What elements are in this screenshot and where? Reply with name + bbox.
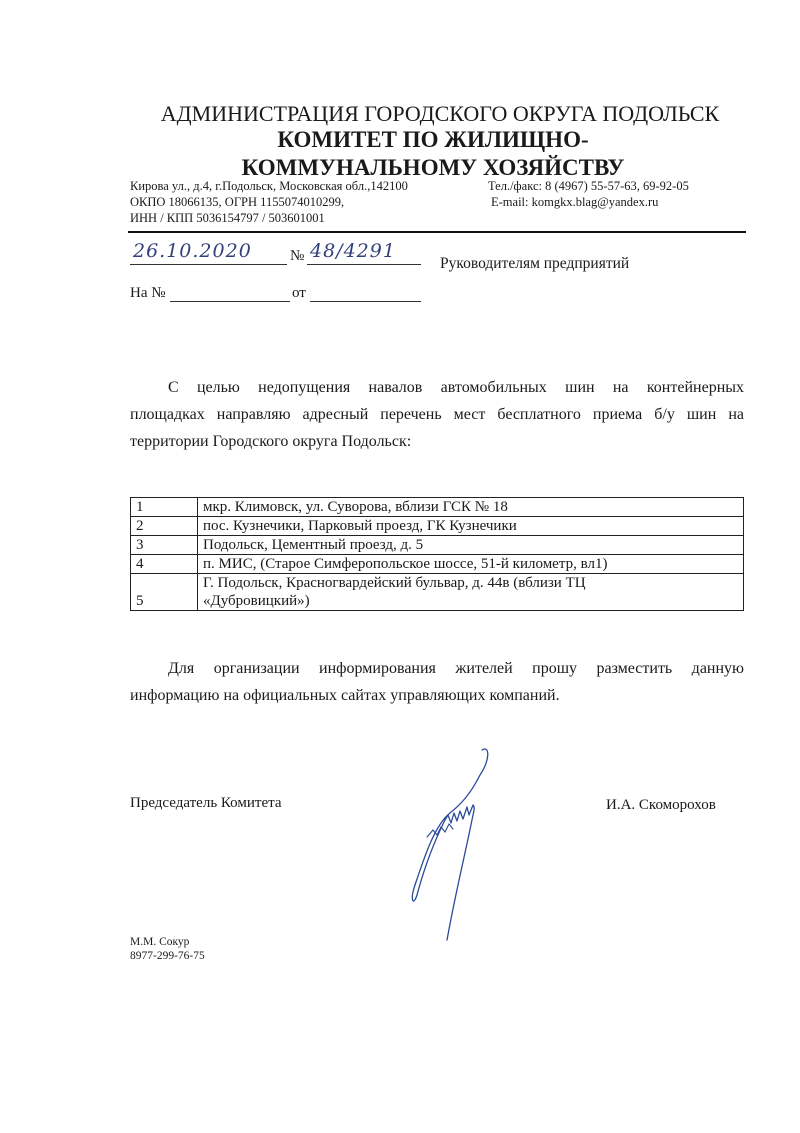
row-number: 1 bbox=[131, 498, 198, 517]
reply-to-underline bbox=[170, 301, 290, 302]
executor: М.М. Сокур 8977-299-76-75 bbox=[130, 935, 205, 963]
handwritten-signature-icon bbox=[395, 745, 505, 945]
inn-kpp: ИНН / КПП 5036154797 / 503601001 bbox=[130, 210, 408, 226]
number-label: № bbox=[290, 248, 304, 265]
email: E-mail: komgkx.blag@yandex.ru bbox=[488, 194, 689, 210]
row-address: пос. Кузнечики, Парковый проезд, ГК Кузн… bbox=[198, 517, 744, 536]
closing-line-2: информацию на официальных сайтах управля… bbox=[130, 682, 744, 709]
row-number: 2 bbox=[131, 517, 198, 536]
row-address: Подольск, Цементный проезд, д. 5 bbox=[198, 536, 744, 555]
okpo-ogrn: ОКПО 18066135, ОГРН 1155074010299, bbox=[130, 194, 408, 210]
number-underline bbox=[307, 264, 421, 265]
row-address-line2: «Дубровицкий») bbox=[203, 592, 738, 610]
executor-phone: 8977-299-76-75 bbox=[130, 949, 205, 963]
row-address: мкр. Климовск, ул. Суворова, вблизи ГСК … bbox=[198, 498, 744, 517]
intro-line-3: территории Городского округа Подольск: bbox=[130, 428, 744, 455]
from-underline bbox=[310, 301, 421, 302]
document-number: 48/4291 bbox=[310, 240, 396, 262]
administration-title: АДМИНИСТРАЦИЯ ГОРОДСКОГО ОКРУГА ПОДОЛЬСК bbox=[0, 101, 800, 127]
table-row: 1 мкр. Климовск, ул. Суворова, вблизи ГС… bbox=[131, 498, 744, 517]
addressee: Руководителям предприятий bbox=[440, 255, 629, 273]
from-label: от bbox=[292, 285, 306, 302]
reply-to-label: На № bbox=[130, 285, 166, 302]
table-row: 4 п. МИС, (Старое Симферопольское шоссе,… bbox=[131, 555, 744, 574]
table-row: 3 Подольск, Цементный проезд, д. 5 bbox=[131, 536, 744, 555]
committee-title: КОМИТЕТ ПО ЖИЛИЩНО- КОММУНАЛЬНОМУ ХОЗЯЙС… bbox=[0, 126, 800, 182]
intro-paragraph: С целью недопущения навалов автомобильны… bbox=[130, 374, 744, 455]
locations-table: 1 мкр. Климовск, ул. Суворова, вблизи ГС… bbox=[130, 497, 744, 611]
phone: Тел./факс: 8 (4967) 55-57-63, 69-92-05 bbox=[488, 178, 689, 194]
executor-name: М.М. Сокур bbox=[130, 935, 205, 949]
header-divider bbox=[128, 231, 746, 233]
closing-paragraph: Для организации информирования жителей п… bbox=[130, 655, 744, 709]
closing-line-1: Для организации информирования жителей п… bbox=[130, 655, 744, 682]
document-date: 26.10.2020 bbox=[133, 240, 252, 262]
signatory-position: Председатель Комитета bbox=[130, 795, 282, 812]
row-address-line1: Г. Подольск, Красногвардейский бульвар, … bbox=[203, 574, 738, 592]
requisites-left: Кирова ул., д.4, г.Подольск, Московская … bbox=[130, 178, 408, 226]
signatory-name: И.А. Скоморохов bbox=[606, 797, 716, 814]
row-number: 3 bbox=[131, 536, 198, 555]
requisites-right: Тел./факс: 8 (4967) 55-57-63, 69-92-05 E… bbox=[488, 178, 689, 210]
date-underline bbox=[130, 264, 287, 265]
row-number: 4 bbox=[131, 555, 198, 574]
intro-line-1: С целью недопущения навалов автомобильны… bbox=[130, 374, 744, 401]
row-number: 5 bbox=[131, 574, 198, 611]
row-address: Г. Подольск, Красногвардейский бульвар, … bbox=[198, 574, 744, 611]
table-row: 2 пос. Кузнечики, Парковый проезд, ГК Ку… bbox=[131, 517, 744, 536]
committee-title-line1: КОМИТЕТ ПО ЖИЛИЩНО- bbox=[0, 126, 800, 154]
table-row: 5 Г. Подольск, Красногвардейский бульвар… bbox=[131, 574, 744, 611]
intro-line-2: площадках направляю адресный перечень ме… bbox=[130, 401, 744, 428]
row-address: п. МИС, (Старое Симферопольское шоссе, 5… bbox=[198, 555, 744, 574]
address: Кирова ул., д.4, г.Подольск, Московская … bbox=[130, 178, 408, 194]
